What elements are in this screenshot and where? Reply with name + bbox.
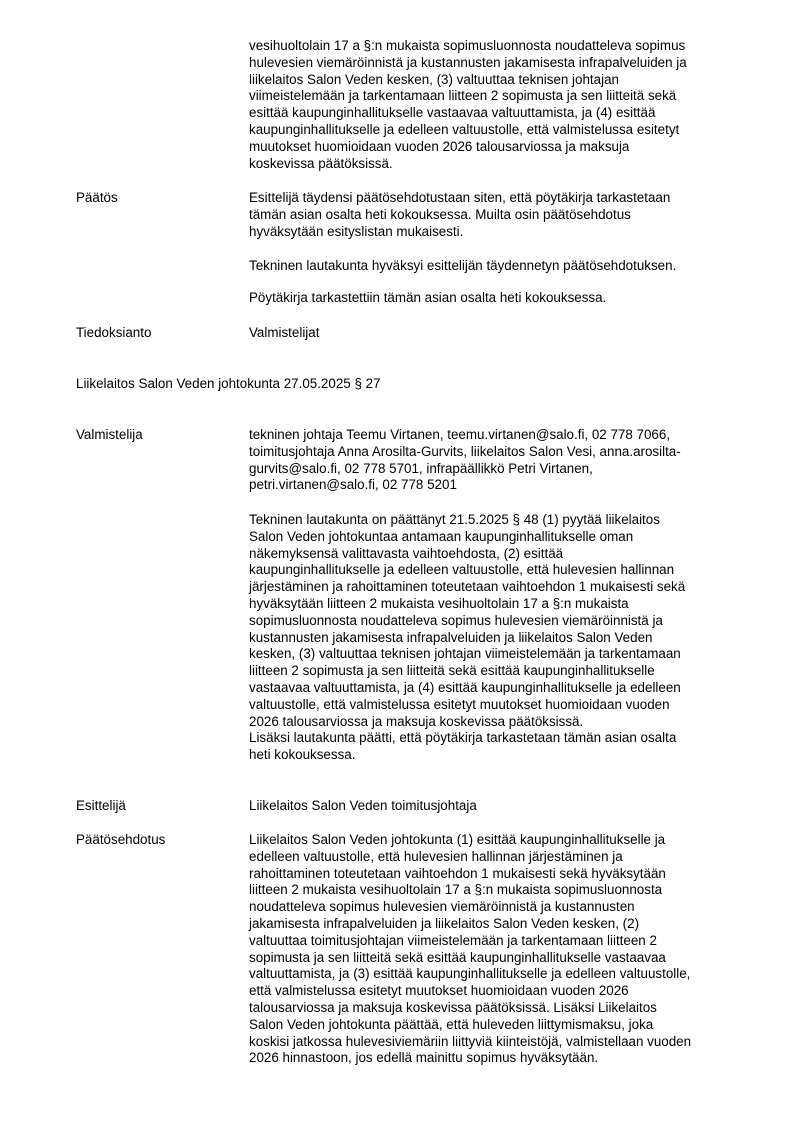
text-line: hulevesien viemäröinnistä ja kustannuste… — [249, 55, 687, 72]
text-line: sopimusta ja sen liitteitä sekä esittää … — [249, 950, 691, 967]
text-line: liitteen 2 mukaista vesihuoltolain 17 a … — [249, 882, 691, 899]
text-line: järjestäminen ja rahoittaminen toteuteta… — [249, 579, 685, 596]
text-line: talousarviossa ja maksuja koskevissa pää… — [249, 1000, 691, 1017]
text-line: hyväksytään liitteen 2 mukaista vesihuol… — [249, 596, 685, 613]
text-line: liikelaitos Salon Veden kesken, (3) valt… — [249, 72, 687, 89]
text-line: sopimusluonnosta noudatteleva sopimus hu… — [249, 613, 685, 630]
paatos-minutes-checked: Pöytäkirja tarkastettiin tämän asian osa… — [249, 290, 606, 307]
text-line: Esittelijä täydensi päätösehdotustaan si… — [249, 190, 670, 207]
text-line: koskevissa päätöksissä. — [249, 156, 687, 173]
paatosehdotus-label: Päätösehdotus — [76, 832, 165, 849]
text-line: Salon Veden johtokunta päättää, että hul… — [249, 1017, 691, 1034]
text-line: petri.virtanen@salo.fi, 02 778 5201 — [249, 477, 681, 494]
paatos-approval: Tekninen lautakunta hyväksyi esittelijän… — [249, 258, 676, 275]
text-line: jakamisesta infrapalveluiden ja liikelai… — [249, 916, 691, 933]
valmistelija-label: Valmistelija — [76, 427, 143, 444]
text-line: näkemyksensä valittavasta vaihtoehdosta,… — [249, 546, 685, 563]
paatos-label: Päätös — [76, 190, 118, 207]
text-line: vesihuoltolain 17 a §:n mukaista sopimus… — [249, 38, 687, 55]
tiedoksianto-label: Tiedoksianto — [76, 325, 151, 342]
text-line: gurvits@salo.fi, 02 778 5701, infrapääll… — [249, 461, 681, 478]
text-line: 2026 talousarviossa ja maksuja koskeviss… — [249, 714, 685, 731]
text-line: viimeistelemään ja tarkentamaan liitteen… — [249, 88, 687, 105]
text-line: Liikelaitos Salon Veden johtokunta (1) e… — [249, 832, 691, 849]
text-line: edelleen valtuustolle, että hulevesien h… — [249, 849, 691, 866]
paatos-text: Esittelijä täydensi päätösehdotustaan si… — [249, 190, 670, 240]
esittelija-label: Esittelijä — [76, 798, 126, 815]
text-line: noudatteleva sopimus hulevesien viemäröi… — [249, 899, 691, 916]
valmistelija-text: tekninen johtaja Teemu Virtanen, teemu.v… — [249, 427, 681, 494]
text-line: että valmistelussa esitetyt muutokset hu… — [249, 983, 691, 1000]
esittelija-value: Liikelaitos Salon Veden toimitusjohtaja — [249, 798, 477, 815]
text-line: valtuuttaa toimitusjohtajan viimeistelem… — [249, 933, 691, 950]
text-line: kaupunginhallitukselle ja edelleen valtu… — [249, 122, 687, 139]
text-line: valtuustolle, että valmistelussa esitety… — [249, 697, 685, 714]
text-line: esittää kaupunginhallitukselle vastaavaa… — [249, 105, 687, 122]
paatosehdotus-text: Liikelaitos Salon Veden johtokunta (1) e… — [249, 832, 691, 1067]
text-line: tämän asian osalta heti kokouksessa. Mui… — [249, 207, 670, 224]
text-line: toimitusjohtaja Anna Arosilta-Gurvits, l… — [249, 444, 681, 461]
text-line: 2026 hinnastoon, jos edellä mainittu sop… — [249, 1050, 691, 1067]
text-line: rahoittaminen toteutetaan vaihtoehdon 1 … — [249, 866, 691, 883]
background-text: Tekninen lautakunta on päättänyt 21.5.20… — [249, 512, 685, 764]
text-line: muutokset huomioidaan vuoden 2026 talous… — [249, 139, 687, 156]
text-line: hyväksytään esityslistan mukaisesti. — [249, 224, 670, 241]
text-line: tekninen johtaja Teemu Virtanen, teemu.v… — [249, 427, 681, 444]
tiedoksianto-value: Valmistelijat — [249, 325, 319, 342]
text-line: vastaavaa valtuuttamista, ja (4) esittää… — [249, 680, 685, 697]
text-line: koskisi jatkossa hulevesiviemäriin liitt… — [249, 1034, 691, 1051]
text-line: heti kokouksessa. — [249, 747, 685, 764]
text-line: kaupunginhallitukselle ja edelleen valtu… — [249, 562, 685, 579]
text-line: kustannusten jakamisesta infrapalveluide… — [249, 630, 685, 647]
text-line: valtuuttamista, ja (3) esittää kaupungin… — [249, 966, 691, 983]
text-line: liitteen 2 sopimusta ja sen liitteitä se… — [249, 663, 685, 680]
text-line: kesken, (3) valtuuttaa teknisen johtajan… — [249, 646, 685, 663]
text-line: Lisäksi lautakunta päätti, että pöytäkir… — [249, 730, 685, 747]
text-line: Tekninen lautakunta on päättänyt 21.5.20… — [249, 512, 685, 529]
intro-text: vesihuoltolain 17 a §:n mukaista sopimus… — [249, 38, 687, 172]
text-line: Salon Veden johtokuntaa antamaan kaupung… — [249, 529, 685, 546]
section-heading: Liikelaitos Salon Veden johtokunta 27.05… — [76, 376, 381, 393]
